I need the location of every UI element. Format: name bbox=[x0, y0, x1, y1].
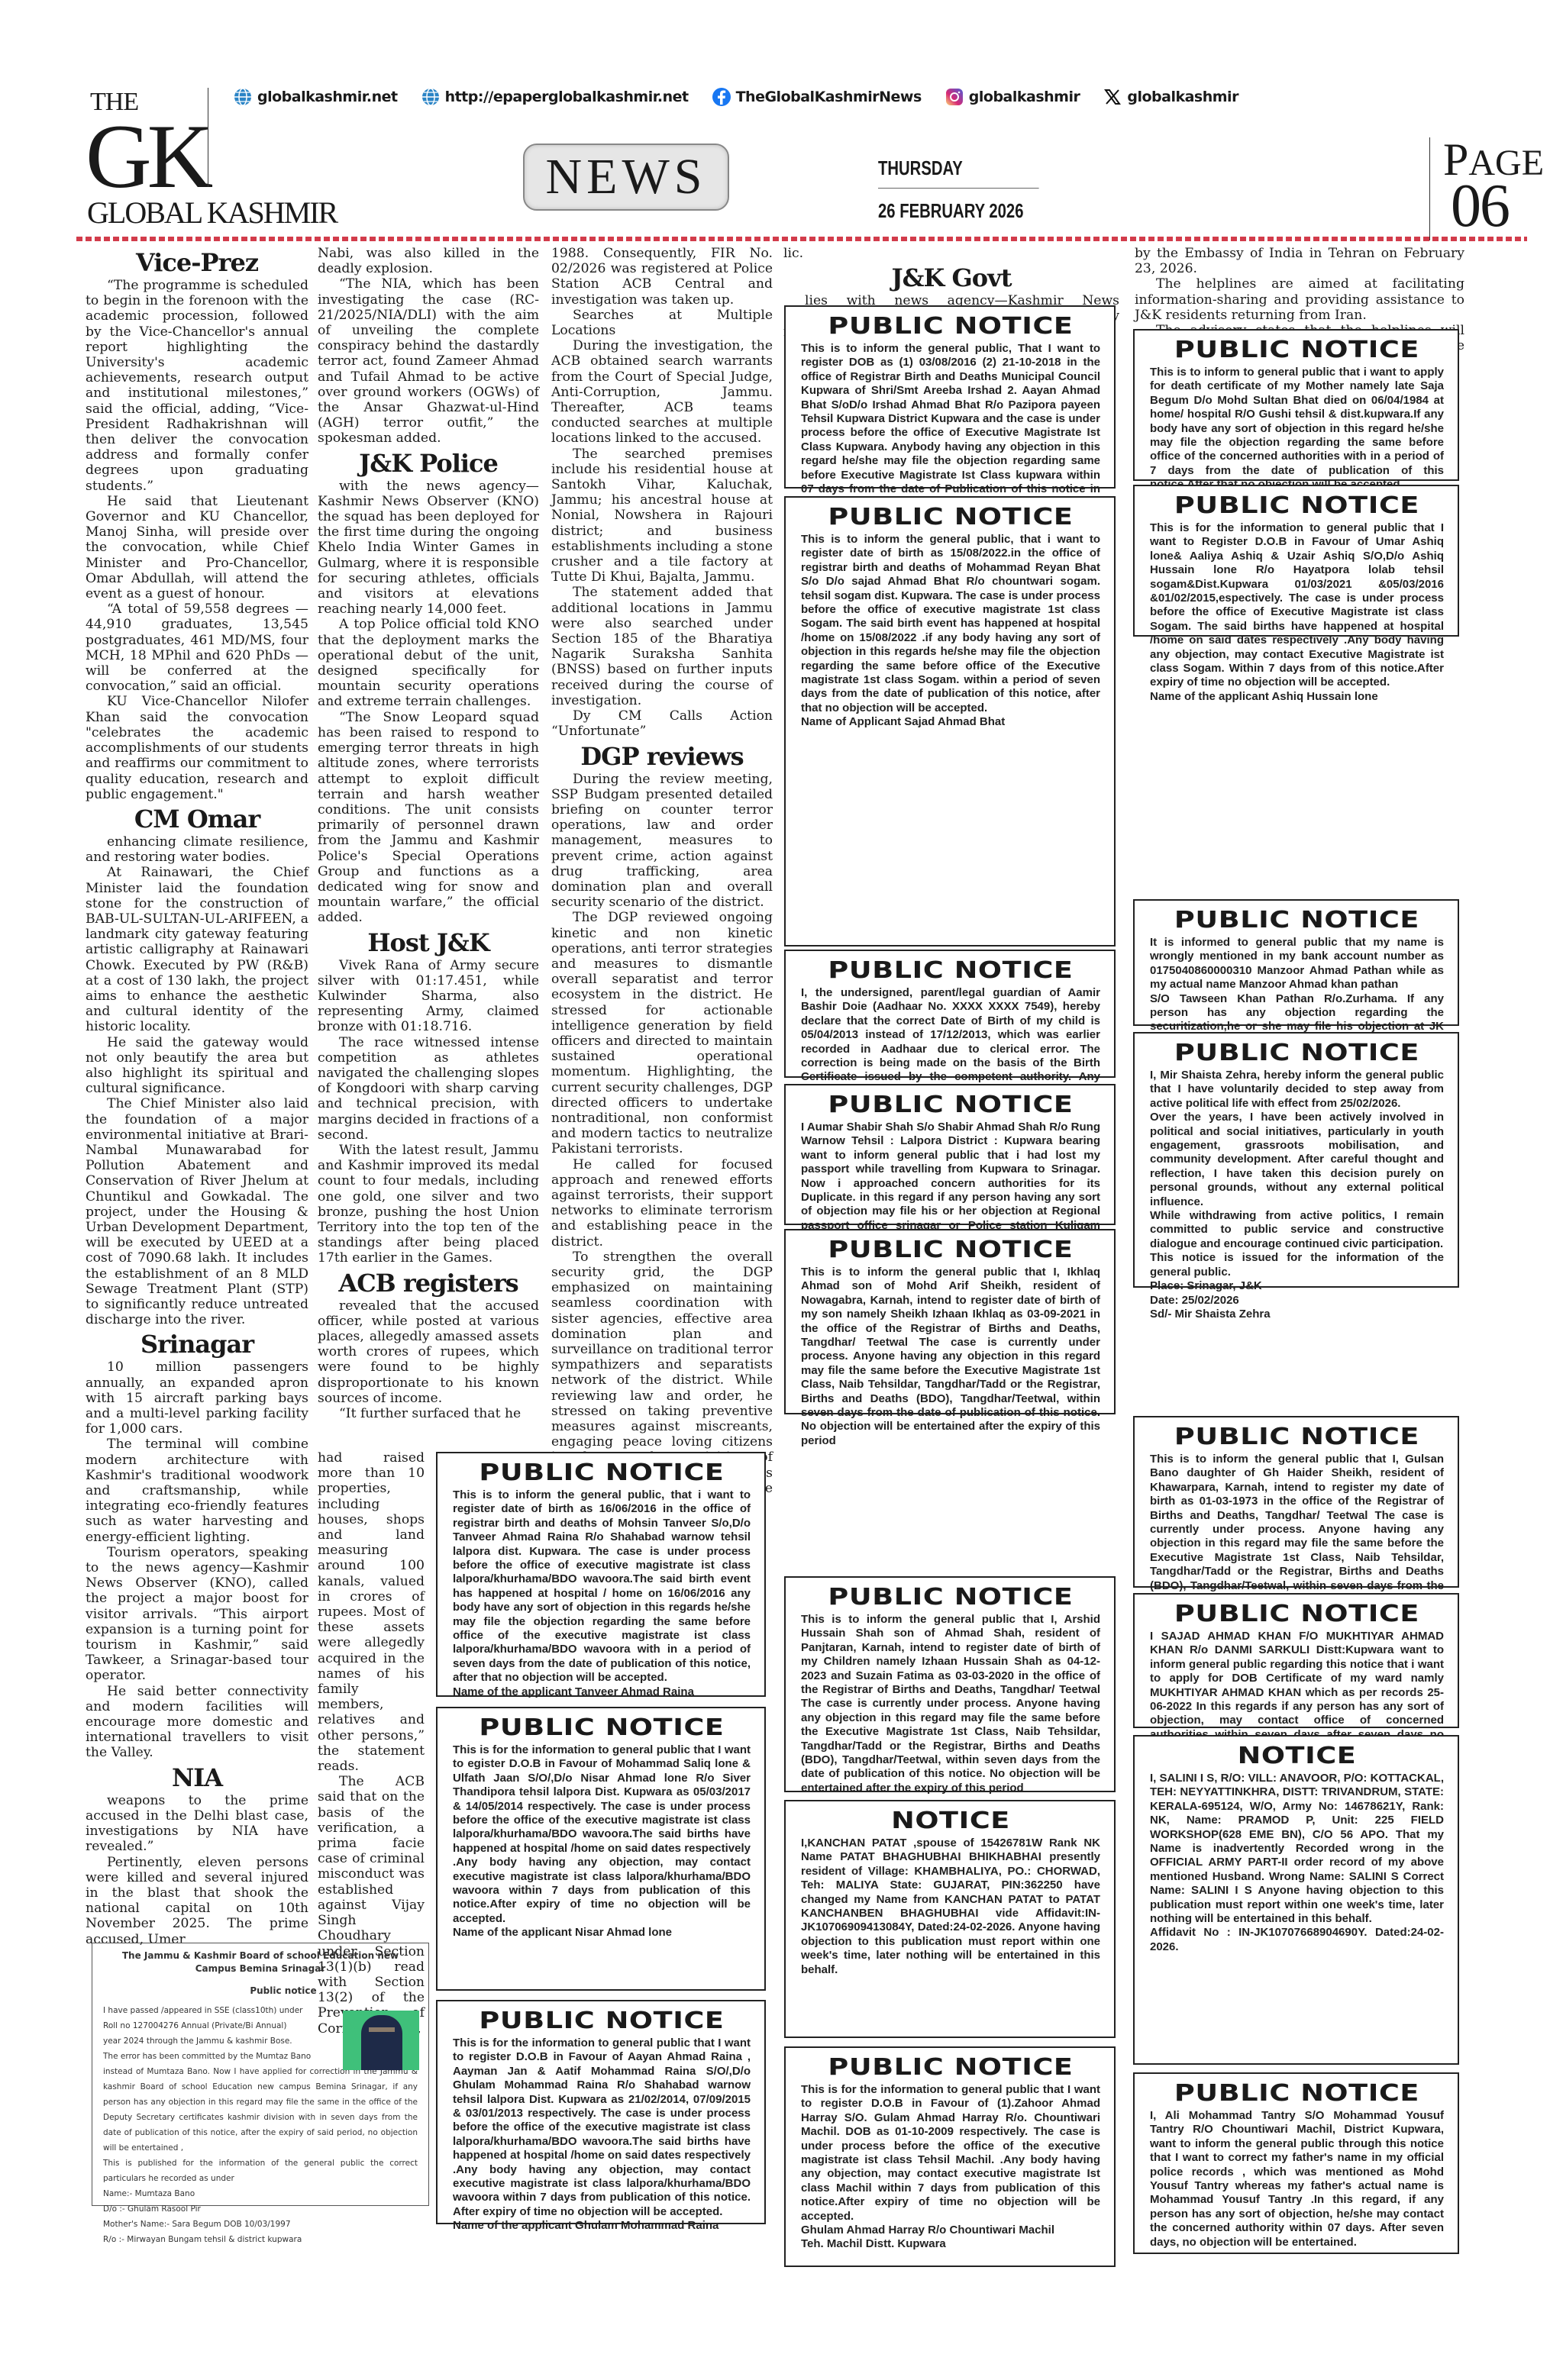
notice-title: PUBLIC NOTICE bbox=[768, 1585, 1133, 1610]
notice-title: PUBLIC NOTICE bbox=[768, 505, 1133, 530]
column-3: 1988. Consequently, FIR No. 02/2026 was … bbox=[551, 246, 773, 1511]
column-2: Nabi, was also killed in the deadly expl… bbox=[318, 246, 539, 1421]
article-paragraph: Vivek Rana of Army secure silver with 01… bbox=[318, 958, 539, 1035]
article-paragraph: He said the gateway would not only beaut… bbox=[86, 1035, 308, 1097]
article-paragraph: by the Embassy of India in Tehran on Feb… bbox=[1135, 246, 1464, 276]
board-intro-lines: I have passed /appeared in SSE (class10t… bbox=[103, 2003, 332, 2064]
notice-body: I, Ali Mohammad Tantry S/O Mohammad Yous… bbox=[1150, 2109, 1444, 2249]
notice-title: PUBLIC NOTICE bbox=[1118, 1602, 1477, 1627]
notice-title: PUBLIC NOTICE bbox=[768, 1093, 1133, 1117]
article-paragraph: The Chief Minister also laid the foundat… bbox=[86, 1096, 308, 1327]
issue-date: THURSDAY 26 FEBRUARY 2026 bbox=[878, 156, 1039, 223]
headline-jk-govt: J&K Govt bbox=[783, 263, 1119, 293]
article-paragraph: Pertinently, eleven persons were killed … bbox=[86, 1855, 308, 1947]
notice-title: PUBLIC NOTICE bbox=[1118, 2082, 1477, 2106]
social-link-instagram[interactable]: globalkashmir bbox=[945, 86, 1080, 108]
board-public-notice: The Jammu & Kashmir Board of school Educ… bbox=[92, 1943, 429, 2206]
globe-icon bbox=[421, 86, 441, 108]
public-notice: PUBLIC NOTICE This is to inform the gene… bbox=[784, 496, 1116, 947]
headline-vice-prez: Vice-Prez bbox=[86, 247, 308, 278]
notice-body: I, SALINI I S, R/O: VILL: ANAVOOR, P/O: … bbox=[1150, 1772, 1444, 1954]
masthead-dashed-rule bbox=[76, 237, 1527, 241]
public-notice: PUBLIC NOTICE This is for the informatio… bbox=[1133, 485, 1459, 637]
article-paragraph: With the latest result, Jammu and Kashmi… bbox=[318, 1143, 539, 1266]
article-paragraph: “The Snow Leopard squad has been raised … bbox=[318, 710, 539, 926]
notice-body: This is to inform the general public tha… bbox=[801, 1266, 1100, 1448]
notice-title: NOTICE bbox=[768, 1809, 1133, 1833]
column-1: Vice-Prez “The programme is scheduled to… bbox=[86, 246, 308, 1947]
article-paragraph: “The NIA, which has been investigating t… bbox=[318, 276, 539, 446]
notice-title: PUBLIC NOTICE bbox=[1118, 338, 1477, 363]
article-paragraph: The DGP reviewed ongoing kinetic and non… bbox=[551, 910, 773, 1156]
public-notice: PUBLIC NOTICE I SAJAD AHMAD KHAN F/O MUK… bbox=[1133, 1593, 1459, 1728]
social-label: globalkashmir bbox=[969, 89, 1080, 105]
social-link-x[interactable]: globalkashmir bbox=[1103, 86, 1238, 108]
notice-title: PUBLIC NOTICE bbox=[768, 1238, 1133, 1263]
public-notice: PUBLIC NOTICE I, Ali Mohammad Tantry S/O… bbox=[1133, 2072, 1459, 2254]
notice-body: This is for the information to general p… bbox=[453, 2037, 751, 2233]
article-paragraph: 1988. Consequently, FIR No. 02/2026 was … bbox=[551, 246, 773, 308]
notice-title: PUBLIC NOTICE bbox=[768, 2056, 1133, 2080]
social-link-epaper[interactable]: http://epaperglobalkashmir.net bbox=[421, 86, 689, 108]
notice-body: This is to inform the general public, th… bbox=[453, 1488, 751, 1699]
logo-gk: GK bbox=[86, 111, 208, 202]
public-notice: PUBLIC NOTICE This is to inform to gener… bbox=[1133, 329, 1459, 481]
article-paragraph: enhancing climate resilience, and restor… bbox=[86, 834, 308, 865]
notice-body: This is to inform the general public tha… bbox=[801, 1613, 1100, 1795]
notice-title: PUBLIC NOTICE bbox=[420, 2009, 783, 2033]
headline-acb-registers: ACB registers bbox=[318, 1268, 539, 1298]
subheading: Searches at Multiple Locations bbox=[551, 308, 773, 338]
article-paragraph: He called for focused approach and renew… bbox=[551, 1157, 773, 1250]
issue-day: THURSDAY bbox=[878, 156, 1039, 180]
date-divider bbox=[878, 188, 1039, 189]
board-notice-label: Public notice bbox=[103, 1983, 418, 1998]
social-label: TheGlobalKashmirNews bbox=[736, 89, 922, 105]
notice-title: PUBLIC NOTICE bbox=[1118, 908, 1477, 933]
notice-body: This is for the information to general p… bbox=[801, 2083, 1100, 2252]
masthead: THE GK GLOBAL KASHMIR globalkashmir.net … bbox=[76, 73, 1527, 237]
public-notice: PUBLIC NOTICE I, Mir Shaista Zehra, here… bbox=[1133, 1032, 1459, 1288]
public-notice: PUBLIC NOTICE This is to inform the gene… bbox=[784, 1576, 1116, 1792]
social-label: http://epaperglobalkashmir.net bbox=[445, 89, 689, 105]
board-mother: Mother's Name:- Sara Begum DOB 10/03/199… bbox=[103, 2217, 418, 2232]
notice-title: PUBLIC NOTICE bbox=[420, 1716, 783, 1740]
article-paragraph: The race witnessed intense competition a… bbox=[318, 1035, 539, 1143]
notice: NOTICE I,KANCHAN PATAT ,spouse of 154267… bbox=[784, 1800, 1116, 2038]
public-notice: PUBLIC NOTICE I Aumar Shabir Shah S/o Sh… bbox=[784, 1084, 1116, 1225]
headline-srinagar: Srinagar bbox=[86, 1329, 308, 1359]
social-label: globalkashmir.net bbox=[257, 89, 398, 105]
article-paragraph: “The programme is scheduled to begin in … bbox=[86, 278, 308, 494]
facebook-icon bbox=[712, 86, 731, 108]
article-paragraph: KU Vice-Chancellor Nilofer Khan said the… bbox=[86, 694, 308, 801]
board-name: Name:- Mumtaza Bano bbox=[103, 2186, 418, 2201]
article-paragraph: Nabi, was also killed in the deadly expl… bbox=[318, 246, 539, 276]
public-notice: PUBLIC NOTICE This is to inform the gene… bbox=[784, 305, 1116, 489]
board-subtitle: Campus Bemina Srinagar bbox=[103, 1962, 418, 1975]
article-paragraph: The helplines are aimed at facilitating … bbox=[1135, 276, 1464, 323]
subheading: Dy CM Calls Action “Unfortunate” bbox=[551, 708, 773, 739]
headline-nia: NIA bbox=[86, 1762, 308, 1793]
public-notice: PUBLIC NOTICE This is to inform the gene… bbox=[784, 1229, 1116, 1414]
public-notice: PUBLIC NOTICE This is for the informatio… bbox=[784, 2046, 1116, 2267]
public-notice: PUBLIC NOTICE This is to inform the gene… bbox=[436, 1452, 766, 1697]
notice-title: PUBLIC NOTICE bbox=[1118, 1425, 1477, 1450]
board-paragraph: instead of Mumtaza Bano. Now I have appl… bbox=[103, 2064, 418, 2156]
article-paragraph: “It further surfaced that he bbox=[318, 1406, 539, 1421]
page-divider bbox=[1429, 137, 1430, 240]
article-paragraph: had raised more than 10 properties, incl… bbox=[318, 1450, 425, 1774]
headline-host-jk: Host J&K bbox=[318, 927, 539, 958]
article-paragraph: At Rainawari, the Chief Minister laid th… bbox=[86, 865, 308, 1034]
article-paragraph: During the investigation, the ACB obtain… bbox=[551, 338, 773, 446]
article-paragraph: weapons to the prime accused in the Delh… bbox=[86, 1793, 308, 1855]
article-paragraph: The terminal will combine modern archite… bbox=[86, 1437, 308, 1544]
face-slit bbox=[369, 2027, 395, 2032]
notice-title: PUBLIC NOTICE bbox=[768, 314, 1133, 339]
notice-title: PUBLIC NOTICE bbox=[768, 959, 1133, 983]
notice-body: This is to inform the general public, th… bbox=[801, 533, 1100, 730]
headline-jk-police: J&K Police bbox=[318, 448, 539, 479]
notice-title: PUBLIC NOTICE bbox=[420, 1461, 783, 1485]
article-paragraph: The statement added that additional loca… bbox=[551, 585, 773, 708]
notice-body: I,KANCHAN PATAT ,spouse of 15426781W Ran… bbox=[801, 1837, 1100, 1977]
article-paragraph: The searched premises include his reside… bbox=[551, 447, 773, 585]
article-paragraph: lic. bbox=[783, 246, 1119, 261]
social-label: globalkashmir bbox=[1127, 89, 1238, 105]
board-address: R/o :- Mirwayan Bungam tehsil & district… bbox=[103, 2232, 418, 2247]
public-notice: PUBLIC NOTICE It is informed to general … bbox=[1133, 899, 1459, 1026]
logo-divider bbox=[208, 88, 208, 187]
public-notice: PUBLIC NOTICE This is to inform the gene… bbox=[1133, 1416, 1459, 1588]
notice-title: PUBLIC NOTICE bbox=[1118, 1041, 1477, 1066]
notice-body: This is for the information to general p… bbox=[1150, 521, 1444, 704]
social-link-website[interactable]: globalkashmir.net bbox=[233, 86, 398, 108]
board-paragraph: This is published for the information of… bbox=[103, 2156, 418, 2186]
article-paragraph: During the review meeting, SSP Budgam pr… bbox=[551, 772, 773, 911]
public-notice: PUBLIC NOTICE This is for the informatio… bbox=[436, 1707, 766, 1991]
notice-body: I, Mir Shaista Zehra, hereby inform the … bbox=[1150, 1069, 1444, 1321]
headline-cm-omar: CM Omar bbox=[86, 804, 308, 834]
public-notice: PUBLIC NOTICE This is for the informatio… bbox=[436, 2000, 766, 2224]
board-title: The Jammu & Kashmir Board of school Educ… bbox=[103, 1949, 418, 1962]
article-paragraph: Tourism operators, speaking to the news … bbox=[86, 1545, 308, 1684]
globe-icon bbox=[233, 86, 253, 108]
logo-subtitle: GLOBAL KASHMIR bbox=[87, 195, 337, 231]
article-paragraph: A top Police official told KNO that the … bbox=[318, 617, 539, 709]
person-figure bbox=[361, 2015, 402, 2070]
board-father: D/o :- Ghulam Rasool Pir bbox=[103, 2201, 418, 2217]
x-icon bbox=[1103, 86, 1122, 108]
headline-dgp-reviews: DGP reviews bbox=[551, 741, 773, 772]
instagram-icon bbox=[945, 86, 964, 108]
article-paragraph: He said better connectivity and modern f… bbox=[86, 1684, 308, 1761]
article-paragraph: with the news agency—Kashmir News Observ… bbox=[318, 479, 539, 618]
page-number: 06 bbox=[1451, 172, 1509, 241]
notice-title: NOTICE bbox=[1118, 1744, 1477, 1769]
applicant-photo bbox=[343, 2011, 419, 2070]
issue-full-date: 26 FEBRUARY 2026 bbox=[878, 199, 1039, 223]
notice: NOTICE I, SALINI I S, R/O: VILL: ANAVOOR… bbox=[1133, 1735, 1459, 2065]
notice-title: PUBLIC NOTICE bbox=[1118, 494, 1477, 518]
article-paragraph: 10 million passengers annually, an expan… bbox=[86, 1359, 308, 1437]
social-links: globalkashmir.net http://epaperglobalkas… bbox=[233, 86, 1238, 108]
notice-body: This is for the information to general p… bbox=[453, 1743, 751, 1940]
section-badge: NEWS bbox=[523, 144, 729, 211]
article-paragraph: revealed that the accused officer, while… bbox=[318, 1298, 539, 1406]
article-paragraph: “A total of 59,558 degrees — 44,910 grad… bbox=[86, 601, 308, 694]
public-notice: PUBLIC NOTICE I, the undersigned, parent… bbox=[784, 950, 1116, 1078]
social-link-facebook[interactable]: TheGlobalKashmirNews bbox=[712, 86, 922, 108]
article-paragraph: He said that Lieutenant Governor and KU … bbox=[86, 494, 308, 601]
